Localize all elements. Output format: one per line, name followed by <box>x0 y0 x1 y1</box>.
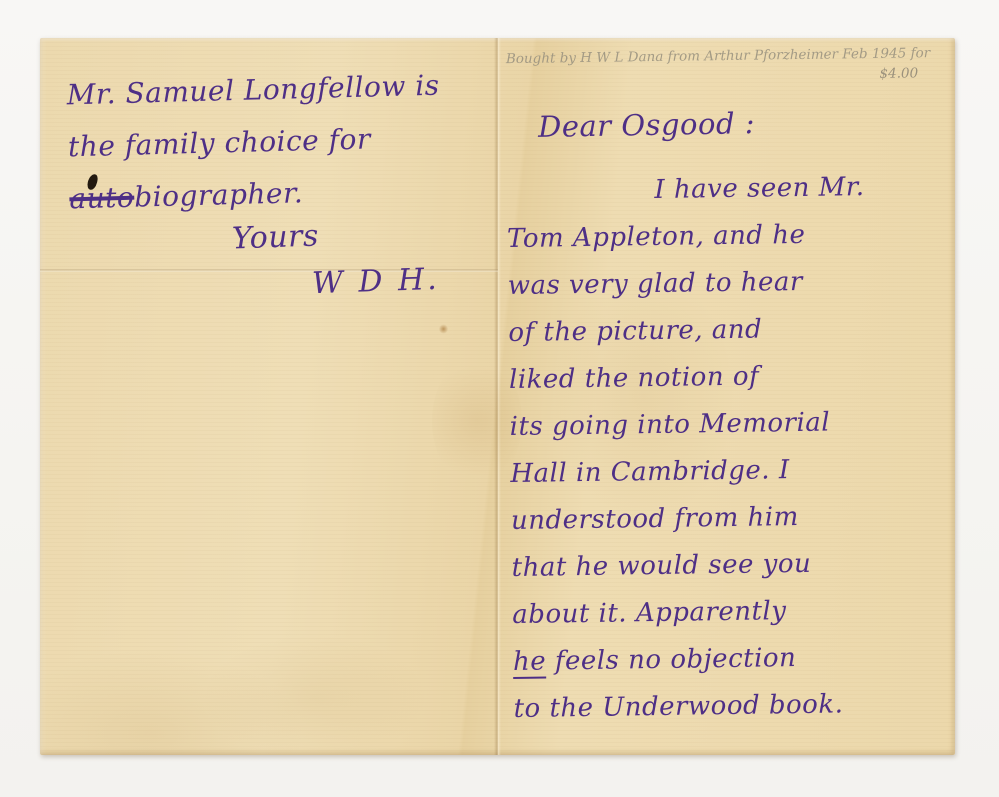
underlined-word: he <box>513 647 547 679</box>
closing: Yours <box>231 218 319 256</box>
body-line: of the picture, and <box>508 304 944 357</box>
signature: W D H. <box>311 262 440 301</box>
pencil-inscription: Bought by H W L Dana from Arthur Pforzhe… <box>506 43 949 89</box>
body-line: I have seen Mr. <box>506 163 942 216</box>
body-line: liked the notion of <box>509 351 945 404</box>
letter-page-left: Mr. Samuel Longfellow is the family choi… <box>66 59 480 226</box>
body-line: Tom Appleton, and he <box>507 210 943 263</box>
body-line: about it. Apparently <box>512 586 948 639</box>
letter-line: autobiographer. <box>69 163 480 226</box>
salutation: Dear Osgood : <box>538 106 756 144</box>
paper-stain <box>439 324 448 334</box>
scan-background: Mr. Samuel Longfellow is the family choi… <box>0 0 999 797</box>
body-line: that he would see you <box>511 539 947 592</box>
body-line: understood from him <box>511 492 947 545</box>
letter-line-text: biographer. <box>134 176 304 213</box>
letter-page-right: I have seen Mr. Tom Appleton, and he was… <box>506 163 949 733</box>
body-line-text: feels no objection <box>546 643 797 676</box>
body-line: to the Underwood book. <box>513 680 949 733</box>
body-line: Hall in Cambridge. I <box>510 445 946 498</box>
strikethrough-word: auto <box>69 181 135 216</box>
letter-sheet: Mr. Samuel Longfellow is the family choi… <box>40 38 955 755</box>
letter-line: Mr. Samuel Longfellow is <box>66 59 477 122</box>
body-line: was very glad to hear <box>507 257 943 310</box>
body-line: he feels no objection <box>513 633 949 686</box>
body-line: its going into Memorial <box>509 398 945 451</box>
